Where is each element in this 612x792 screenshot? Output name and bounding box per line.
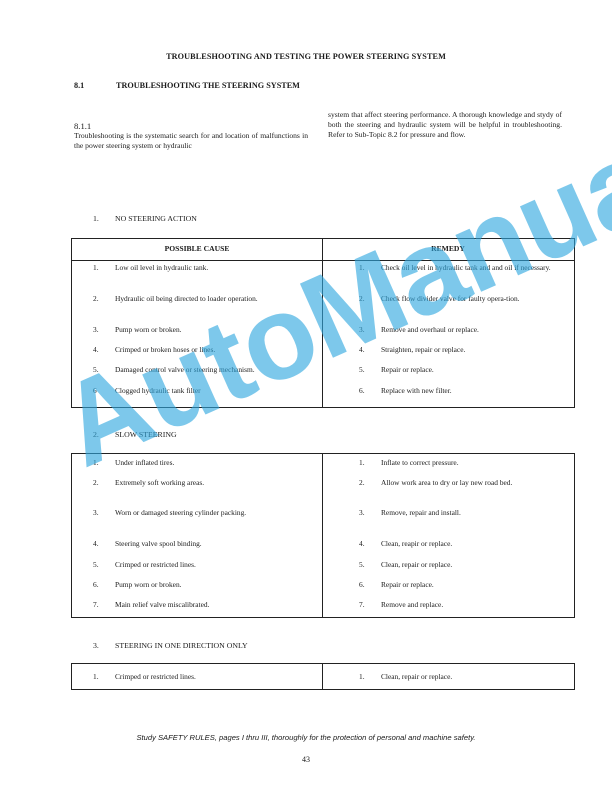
remedy-item-text: Clean, repair or replace. — [381, 560, 555, 570]
header-remedy: REMEDY — [322, 244, 574, 253]
remedy-item-text: Remove, repair and install. — [381, 508, 555, 518]
remedy-item-number: 1. — [359, 458, 365, 468]
remedy-item-number: 3. — [359, 325, 365, 335]
group-number: 1. — [93, 214, 99, 223]
remedy-item-number: 6. — [359, 386, 365, 396]
page-number: 43 — [0, 755, 612, 764]
cause-item-text: Under inflated tires. — [115, 458, 337, 468]
remedy-item-text: Check flow divider valve for faulty oper… — [381, 294, 555, 304]
section-number: 8.1 — [74, 81, 84, 90]
cause-item-number: 2. — [93, 294, 99, 304]
remedy-item-number: 1. — [359, 672, 365, 682]
remedy-item-number: 7. — [359, 600, 365, 610]
cause-item-text: Pump worn or broken. — [115, 580, 337, 590]
cause-item-number: 6 — [93, 386, 97, 396]
remedy-item-text: Replace with new filter. — [381, 386, 555, 396]
troubleshooting-table-one-direction: 1.Crimped or restricted lines.1.Clean, r… — [71, 663, 575, 690]
cause-item-number: 1. — [93, 458, 99, 468]
remedy-item-text: Allow work area to dry or lay new road b… — [381, 478, 555, 488]
group-title: STEERING IN ONE DIRECTION ONLY — [115, 641, 248, 650]
cause-item-number: 4. — [93, 345, 99, 355]
group-number: 3. — [93, 641, 99, 650]
cause-item-number: 4. — [93, 539, 99, 549]
cause-item-number: 2. — [93, 478, 99, 488]
cause-item-text: Worn or damaged steering cylinder packin… — [115, 508, 337, 518]
intro-text-right: system that affect steering performance.… — [328, 110, 562, 141]
troubleshooting-table-slow-steering: 1.Under inflated tires.1.Inflate to corr… — [71, 453, 575, 618]
cause-item-number: 5. — [93, 560, 99, 570]
cause-item-number: 1. — [93, 263, 99, 273]
cause-item-text: Crimped or broken hoses or lines. — [115, 345, 337, 355]
remedy-item-text: Clean, reapir or replace. — [381, 539, 555, 549]
cause-item-text: Crimped or restricted lines. — [115, 560, 337, 570]
cause-item-text: Low oil level in hydraulic tank. — [115, 263, 337, 273]
remedy-item-number: 4. — [359, 539, 365, 549]
group-title: SLOW STEERING — [115, 430, 177, 439]
remedy-item-text: Clean, repair or replace. — [381, 672, 555, 682]
cause-item-text: Clogged hydraulic tank filter — [115, 386, 337, 396]
remedy-item-text: Inflate to correct pressure. — [381, 458, 555, 468]
safety-footer-note: Study SAFETY RULES, pages I thru III, th… — [0, 733, 612, 742]
cause-item-text: Steering valve spool binding. — [115, 539, 337, 549]
troubleshooting-table-no-steering-action: POSSIBLE CAUSE REMEDY 1.Low oil level in… — [71, 238, 575, 408]
cause-item-text: Damaged control valve or steering mechan… — [115, 365, 337, 375]
remedy-item-number: 4. — [359, 345, 365, 355]
cause-item-number: 6. — [93, 580, 99, 590]
remedy-item-number: 5. — [359, 560, 365, 570]
cause-item-number: 3. — [93, 325, 99, 335]
remedy-item-number: 6. — [359, 580, 365, 590]
remedy-item-text: Check oil level in hydraulic tank and an… — [381, 263, 555, 273]
remedy-item-number: 1. — [359, 263, 365, 273]
cause-item-number: 1. — [93, 672, 99, 682]
remedy-item-text: Remove and overhaul or replace. — [381, 325, 555, 335]
page-header: TROUBLESHOOTING AND TESTING THE POWER ST… — [0, 52, 612, 61]
intro-text-left: Troubleshooting is the systematic search… — [74, 131, 308, 151]
remedy-item-text: Straighten, repair or replace. — [381, 345, 555, 355]
remedy-item-number: 2. — [359, 294, 365, 304]
group-number: 2. — [93, 430, 99, 439]
remedy-item-number: 2. — [359, 478, 365, 488]
cause-item-number: 7. — [93, 600, 99, 610]
cause-item-text: Crimped or restricted lines. — [115, 672, 337, 682]
section-title: TROUBLESHOOTING THE STEERING SYSTEM — [116, 81, 306, 91]
cause-item-number: 3. — [93, 508, 99, 518]
remedy-item-number: 5. — [359, 365, 365, 375]
cause-item-text: Extremely soft working areas. — [115, 478, 337, 488]
cause-item-number: 5. — [93, 365, 99, 375]
remedy-item-text: Remove and replace. — [381, 600, 555, 610]
cause-item-text: Main relief valve miscalibrated. — [115, 600, 337, 610]
cause-item-text: Hydraulic oil being directed to loader o… — [115, 294, 337, 304]
remedy-item-number: 3. — [359, 508, 365, 518]
group-title: NO STEERING ACTION — [115, 214, 197, 223]
remedy-item-text: Repair or replace. — [381, 365, 555, 375]
subsection-number: 8.1.1 — [74, 121, 91, 131]
header-possible-cause: POSSIBLE CAUSE — [72, 244, 322, 253]
cause-item-text: Pump worn or broken. — [115, 325, 337, 335]
table-header: POSSIBLE CAUSE REMEDY — [72, 239, 574, 261]
remedy-item-text: Repair or replace. — [381, 580, 555, 590]
